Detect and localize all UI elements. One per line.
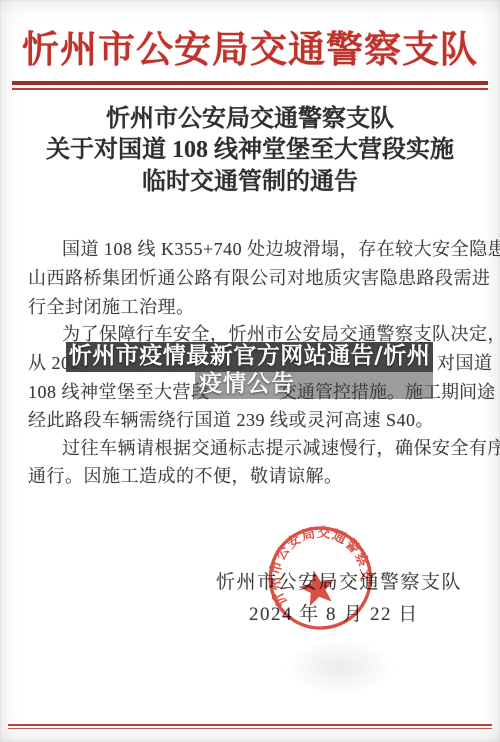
letterhead-rule-thin	[12, 88, 488, 90]
caption-line2: 疫情公告	[197, 370, 297, 399]
photo-smudge	[285, 640, 395, 695]
body-p3-line1: 过往车辆请根据交通标志提示减速慢行，确保安全有序	[62, 436, 500, 460]
body-p1-line1: 国道 108 线 K355+740 处边坡滑塌，存在较大安全隐患，	[62, 237, 500, 261]
body-p3-line2: 通行。因施工造成的不便，敬请谅解。	[28, 464, 343, 488]
footer-rule-thick	[8, 724, 492, 726]
body-p1-line2: 山西路桥集团忻通公路有限公司对地质灾害隐患路段需进	[28, 266, 491, 290]
letterhead-agency: 忻州市公安局交通警察支队	[0, 30, 500, 72]
body-p2-line3-left: 108 线神堂堡至大营段	[28, 380, 210, 404]
body-p2-line2-right: 对国道	[437, 351, 493, 375]
body-p1-line3: 行全封闭施工治理。	[28, 295, 195, 319]
notice-photo: 忻州市公安局交通警察支队 忻州市公安局交通警察支队 关于对国道 108 线神堂堡…	[0, 0, 500, 742]
doc-title-line2: 关于对国道 108 线神堂堡至大营段实施	[0, 136, 500, 164]
body-p2-line4: 经此路段车辆需绕行国道 239 线或灵河高速 S40。	[28, 408, 434, 432]
official-seal: 忻州市公安局交通警察支队	[244, 504, 398, 658]
seal-star	[296, 567, 339, 608]
letterhead-rule-thick	[12, 81, 488, 85]
footer-rule-thin	[8, 728, 492, 729]
doc-title-line1: 忻州市公安局交通警察支队	[0, 105, 500, 133]
caption-line1: 忻州市疫情最新官方网站通告/忻州	[66, 341, 433, 372]
doc-title-line3: 临时交通管制的通告	[0, 168, 500, 196]
